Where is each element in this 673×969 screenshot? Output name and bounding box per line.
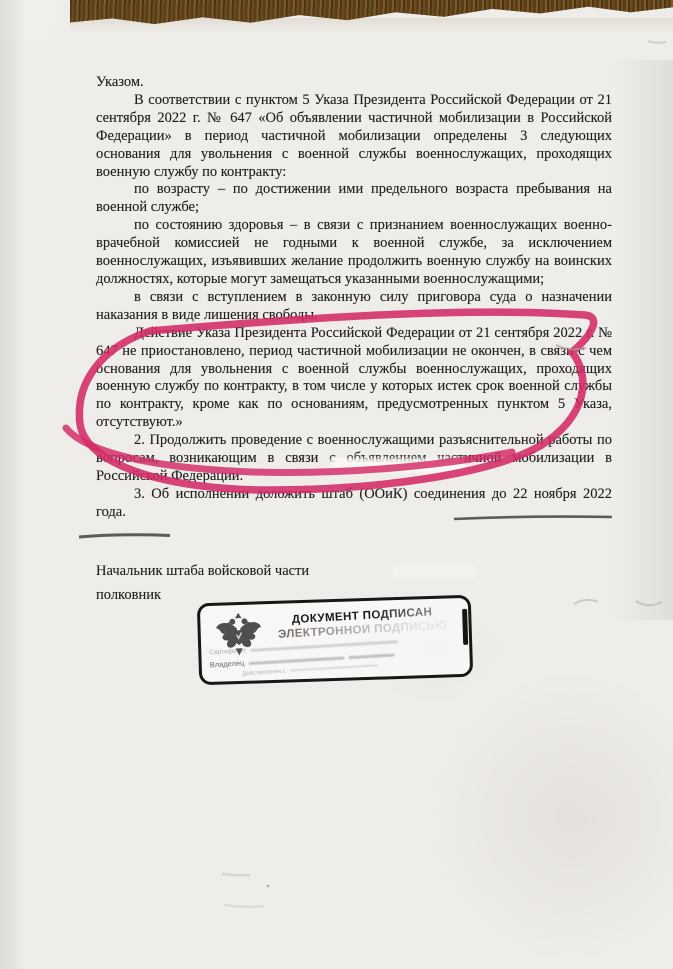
faded-validity-dates — [290, 665, 378, 672]
document-photo: Указом. В соответствии с пунктом 5 Указа… — [0, 0, 673, 969]
faint-showthrough-2 — [224, 905, 264, 907]
ink-speck — [267, 885, 270, 888]
owner-label: Владелец — [210, 658, 245, 669]
faded-owner-name — [248, 656, 344, 665]
paragraph: В соответствии с пунктом 5 Указа Президе… — [96, 92, 612, 182]
faint-mark-top-right — [648, 41, 666, 43]
document-text: Указом. В соответствии с пунктом 5 Указа… — [96, 74, 612, 522]
paragraph: по возрасту – по достижении ими предельн… — [96, 181, 612, 217]
faded-word-smudge — [330, 458, 465, 473]
faint-showthrough-1 — [222, 874, 250, 875]
paragraph: по состоянию здоровья – в связи с призна… — [96, 217, 612, 289]
paper-right-shadow — [613, 60, 673, 620]
validity-label: Действителен с — [242, 669, 286, 678]
paragraph: 3. Об исполнении доложить штаб (ООиК) со… — [96, 486, 612, 522]
electronic-signature-stamp: ДОКУМЕНТ ПОДПИСАН ЭЛЕКТРОННОЙ ПОДПИСЬЮ С… — [197, 595, 473, 686]
paper-left-shadow — [0, 0, 26, 969]
stamp-border-ink-mark — [462, 609, 468, 645]
paragraph: Указом. — [96, 74, 612, 92]
paragraph: в связи с вступлением в законную силу пр… — [96, 289, 612, 325]
faded-owner-name-2 — [348, 653, 394, 659]
redacted-unit-smudge — [392, 565, 476, 578]
paper-top-shadow — [70, 18, 673, 34]
pen-underline-year — [79, 535, 170, 537]
paragraph-circled: Действие Указа Президента Российской Фед… — [96, 325, 612, 432]
